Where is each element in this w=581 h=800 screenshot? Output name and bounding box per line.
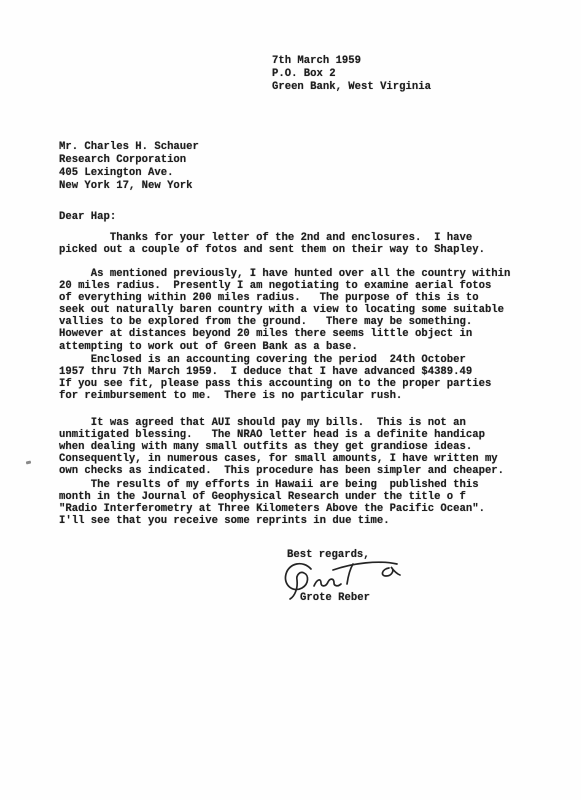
- stray-ink-mark: [26, 461, 32, 465]
- body-paragraph-2: As mentioned previously, I have hunted o…: [59, 268, 510, 353]
- letter-page: 7th March 1959 P.O. Box 2 Green Bank, We…: [0, 0, 581, 800]
- body-paragraph-1: Thanks for your letter of the 2nd and en…: [59, 232, 485, 256]
- salutation: Dear Hap:: [59, 211, 116, 223]
- recipient-address: Mr. Charles H. Schauer Research Corporat…: [59, 141, 199, 193]
- body-paragraph-4: It was agreed that AUI should pay my bil…: [59, 417, 504, 477]
- body-paragraph-5: The results of my efforts in Hawaii are …: [59, 479, 485, 527]
- body-paragraph-3: Enclosed is an accounting covering the p…: [59, 354, 491, 402]
- date-and-sender-address: 7th March 1959 P.O. Box 2 Green Bank, We…: [272, 55, 431, 94]
- typed-signature-name: Grote Reber: [300, 592, 370, 604]
